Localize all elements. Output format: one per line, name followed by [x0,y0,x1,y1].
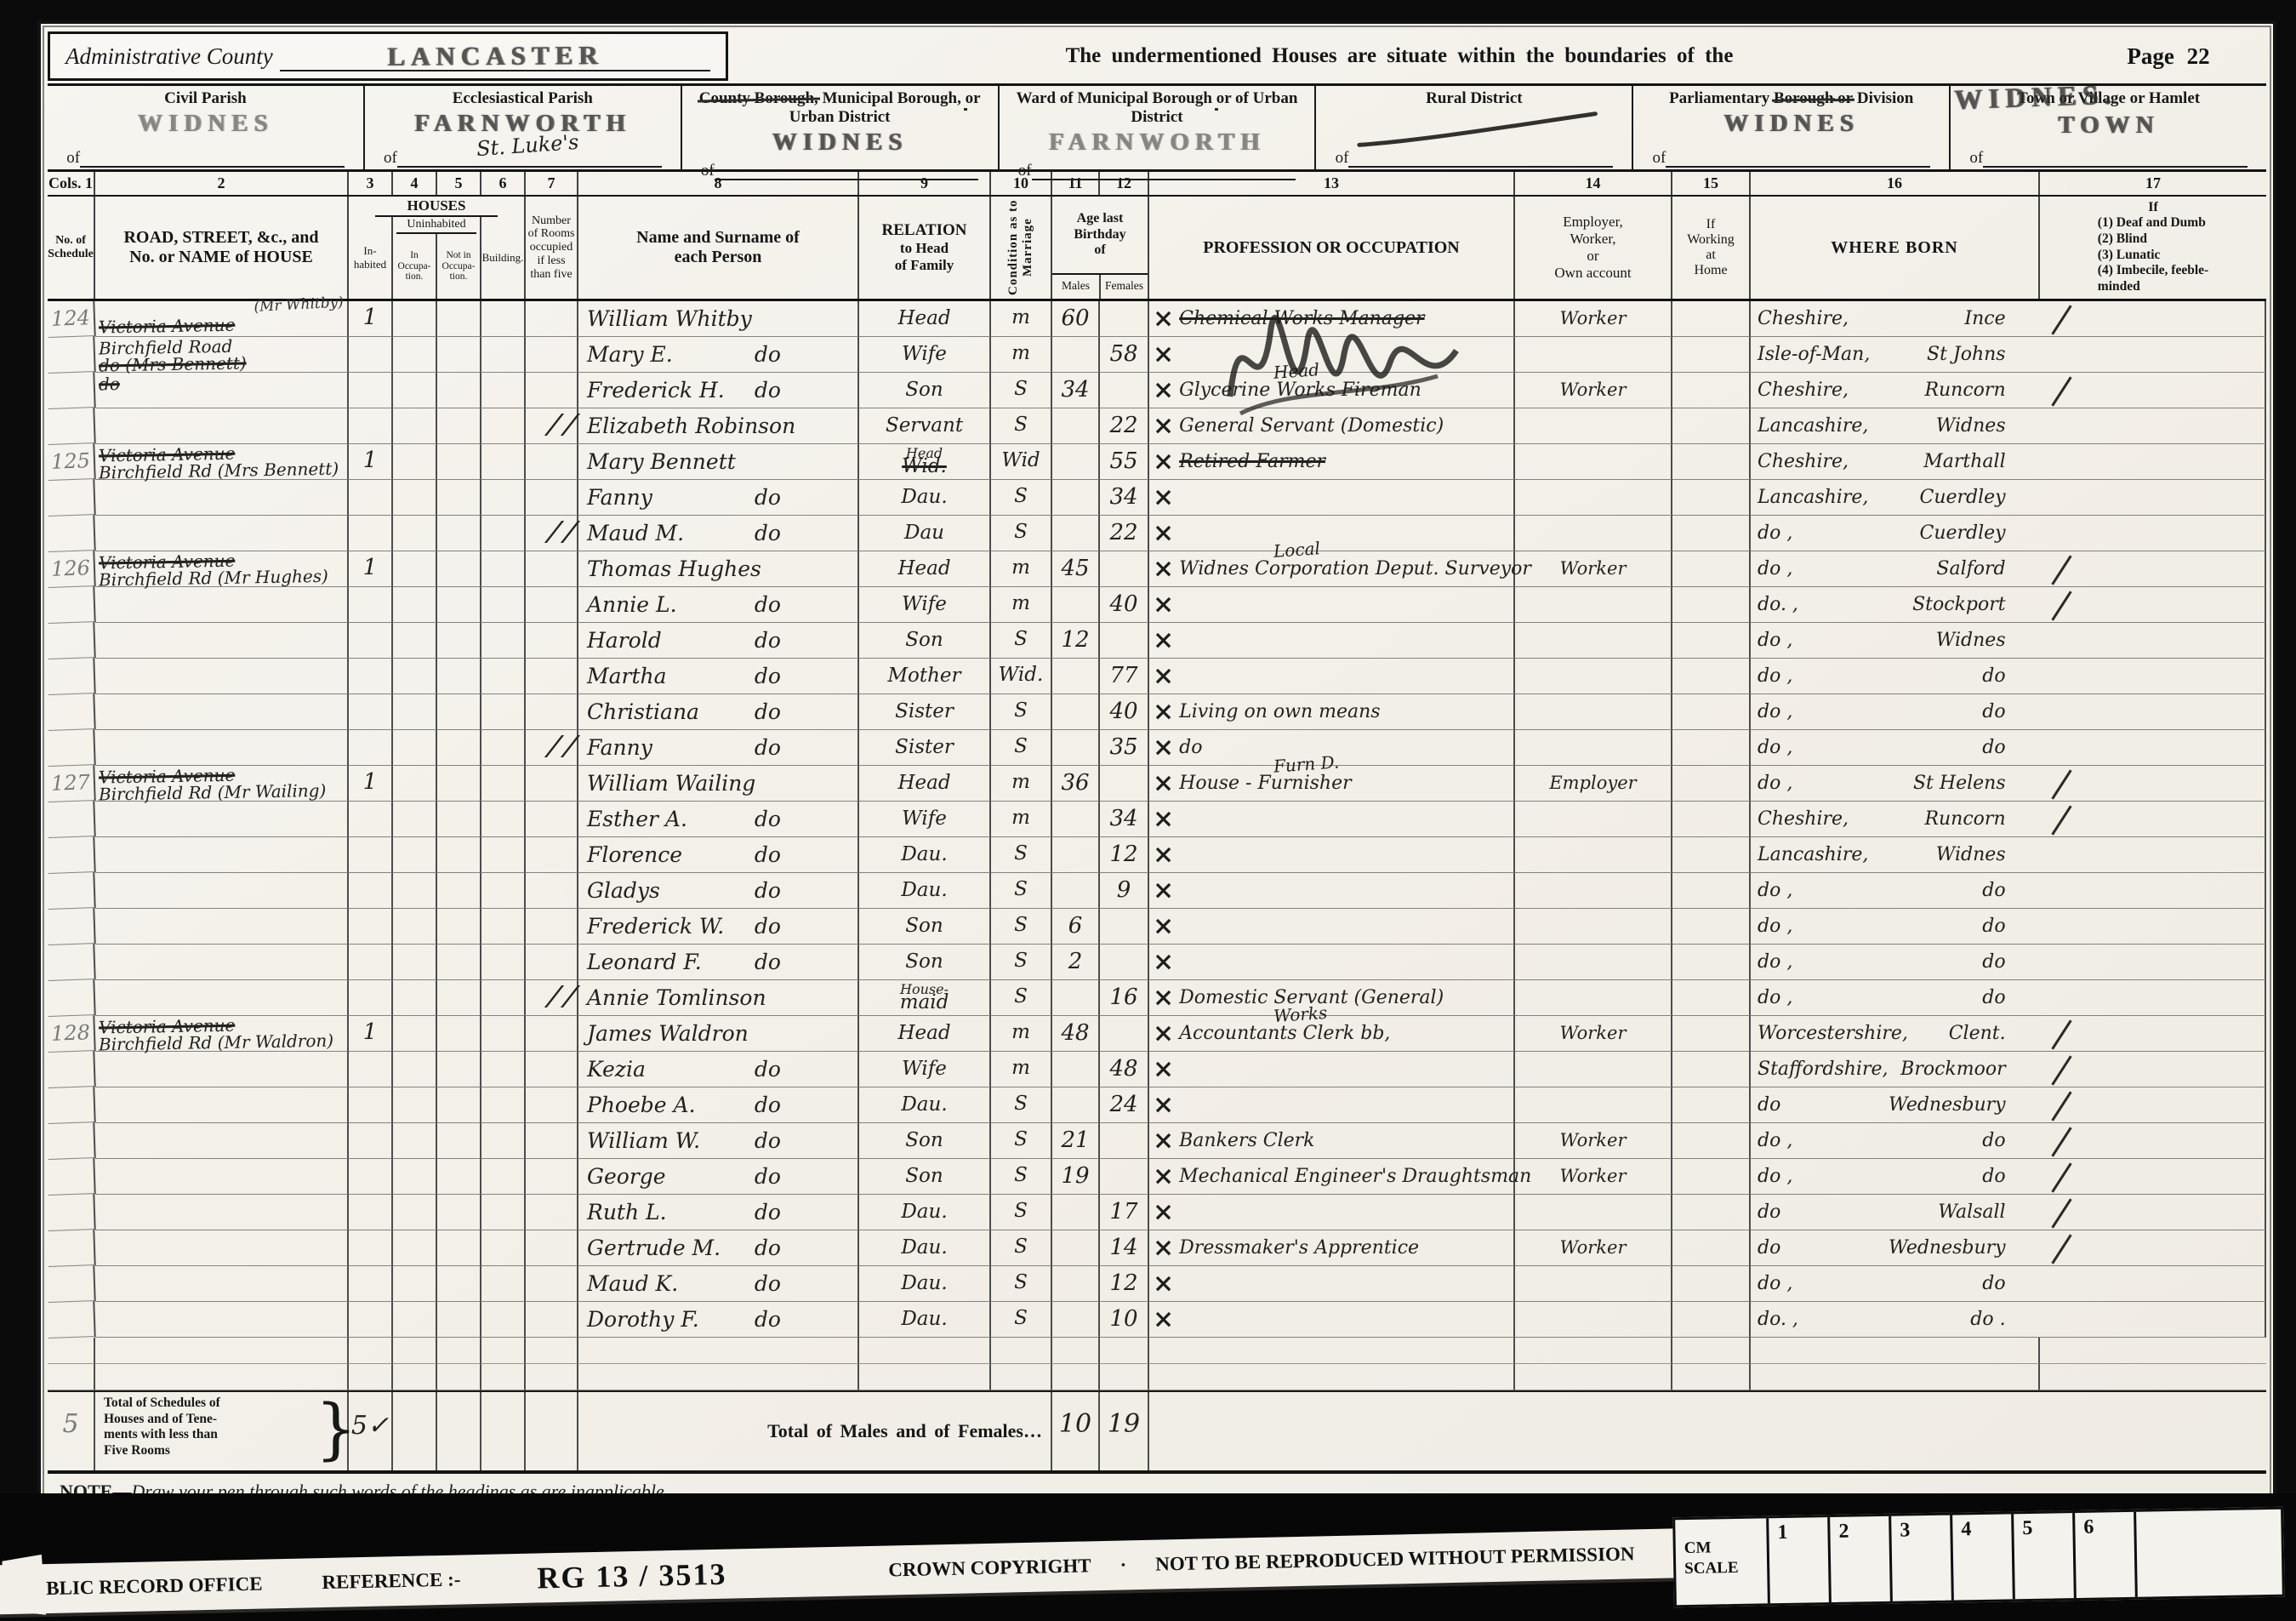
cell-age-male [1052,444,1100,480]
cell-infirmity [2040,1230,2266,1266]
totals-row: 5Total of Schedules ofHouses and of Tene… [48,1390,2266,1470]
permission-text: NOT TO BE REPRODUCED WITHOUT PERMISSION [1155,1543,1635,1575]
cell-relation: Dau. [859,1230,991,1266]
infirmity-slash-mark [2051,376,2071,406]
name-text: Fanny [587,735,652,760]
name-ditto: do [755,628,781,653]
born-county: do , [1758,1166,1792,1187]
cell-age-female [1100,766,1149,802]
header-infirmity: If(1) Deaf and Dumb(2) Blind(3) Lunatic(… [2040,197,2266,299]
cell-name: William W.do [578,1123,859,1159]
cell-working-at-home [1672,1016,1751,1052]
cell-road-street: Victoria AvenueBirchfield Rd (Mrs Bennet… [95,444,349,480]
column-number-1: Cols. 1 [48,172,95,195]
cell-road-street: Birchfield Roaddo (Mrs Bennett) [95,337,349,373]
cell-building [481,1052,526,1087]
cell-relation: House-maid [859,980,991,1016]
cell-condition: S [991,623,1052,659]
cell-uninhabited-not-in-occupation [437,980,481,1016]
born-county: do , [1758,701,1792,722]
cell-schedule-number [47,1158,95,1196]
cell-age-female: 77 [1100,659,1149,694]
infirmity-item: (2) Blind [2098,231,2208,248]
census-form-paper: Administrative County LANCASTER The unde… [37,20,2276,1503]
cell-uninhabited-in-occupation [393,980,437,1016]
name-text: Maud K. [587,1271,678,1296]
cell-age-male: 6 [1052,909,1100,945]
cell-age-male [1052,1302,1100,1338]
cell-condition: S [991,873,1052,909]
cell-age-female [1100,373,1149,408]
column-number-3: 3 [349,172,393,195]
cell-road-street: Victoria AvenueBirchfield Rd (Mr Wailing… [95,766,349,802]
cell-rooms [526,1159,578,1195]
cell-uninhabited-in-occupation [393,1123,437,1159]
cell-road-street: (Mr Whitby)Victoria Avenue [95,301,349,337]
cell-schedule-number [47,693,95,731]
copyright-separator: · [1120,1554,1126,1576]
relation-text: maid [900,994,949,1013]
cell-employer-worker [1515,623,1672,659]
born-place: Cuerdley [1920,487,2006,508]
cell-age-female: 40 [1100,694,1149,730]
cell-schedule-number [47,658,95,695]
cell-age-male [1052,1052,1100,1087]
cell-schedule-number [47,801,95,838]
cell-condition: S [991,730,1052,766]
cell-infirmity [2040,1195,2266,1230]
infirmity-item: (1) Deaf and Dumb [2098,215,2208,231]
check-x-mark: × [1153,733,1174,762]
district-boxes: Civil ParishWIDNESofEcclesiastical Paris… [48,83,2266,172]
district-box-ecclesiastical-parish: Ecclesiastical ParishFARNWORTHofSt. Luke… [365,86,682,169]
cell-schedule-number [47,515,95,552]
cell-where-born: do ,do [1751,659,2040,694]
cell-where-born: do ,do [1751,730,2040,766]
born-place: do . [1970,1309,2005,1330]
cell-working-at-home [1672,1052,1751,1087]
cell-uninhabited-in-occupation [393,1052,437,1087]
cell-employer-worker [1515,1052,1672,1087]
cell-uninhabited-not-in-occupation [437,659,481,694]
blank-cell [48,1338,95,1364]
cell-rooms [526,873,578,909]
name-ditto: do [755,1200,781,1224]
cell-building [481,1159,526,1195]
check-x-mark: × [1153,661,1174,691]
title-text: Ecclesiastical Parish [453,89,593,107]
cell-building [481,1195,526,1230]
cell-age-male: 19 [1052,1159,1100,1195]
cell-schedule-number [47,729,95,767]
cell-name: William Wailing [578,766,859,802]
infirmity-slash-mark [2051,1091,2071,1121]
struck-title-text: or [1833,89,1853,107]
cell-age-female: 22 [1100,408,1149,444]
born-county: Lancashire, [1758,415,1868,437]
cell-employer-worker: Worker [1515,1016,1672,1052]
occupation-text: Dressmaker's Apprentice [1179,1237,1419,1259]
infirmity-slash-mark [2051,1162,2071,1192]
cell-condition: S [991,1087,1052,1123]
cell-name: Mary E.do [578,337,859,373]
cell-schedule-number [47,336,95,374]
cell-condition: S [991,945,1052,980]
cell-road-street [95,1087,349,1123]
cell-working-at-home [1672,516,1751,551]
name-ditto: do [755,485,781,510]
cell-uninhabited-not-in-occupation [437,587,481,623]
cell-uninhabited-not-in-occupation [437,945,481,980]
name-text: Elizabeth Robinson [587,414,795,438]
check-x-mark: × [1153,447,1174,477]
check-x-mark: × [1153,1126,1174,1156]
cell-occupation: × [1149,623,1515,659]
cell-relation: Wife [859,337,991,373]
cell-rooms [526,480,578,516]
header-name: Name and Surname of each Person [578,197,859,299]
cell-building [481,337,526,373]
name-text: Harold [587,628,662,653]
cell-uninhabited-not-in-occupation [437,766,481,802]
cell-uninhabited-not-in-occupation [437,1016,481,1052]
cell-uninhabited-in-occupation [393,337,437,373]
crown-copyright: CROWN COPYRIGHT [888,1555,1091,1581]
cell-relation: Head [859,301,991,337]
cell-occupation: ×Living on own means [1149,694,1515,730]
column-number-4: 4 [393,172,437,195]
cell-relation: Mother [859,659,991,694]
district-title: County Borough, Municipal Borough, or Ur… [689,89,991,127]
cell-occupation: ×Dressmaker's Apprentice [1149,1230,1515,1266]
cell-relation: Dau. [859,1302,991,1338]
cell-infirmity [2040,1052,2266,1087]
relation-text: Dau. [901,488,947,507]
cell-inhabited [349,837,393,873]
cell-relation: Dau. [859,1087,991,1123]
cell-uninhabited-in-occupation [393,1230,437,1266]
cell-uninhabited-not-in-occupation [437,1123,481,1159]
blank-cell [1052,1338,1100,1364]
header-employer: Employer, Worker, or Own account [1515,197,1672,299]
cell-condition: m [991,802,1052,837]
cell-rooms [526,1087,578,1123]
name-text: Annie Tomlinson [587,985,766,1010]
cell-inhabited: 1 [349,551,393,587]
name-ditto: do [755,1307,781,1332]
cell-age-male [1052,480,1100,516]
cell-uninhabited-in-occupation [393,480,437,516]
cell-occupation: × [1149,802,1515,837]
cell-uninhabited-in-occupation [393,1016,437,1052]
scale-cell-6: 6 [2075,1512,2138,1598]
cell-building [481,802,526,837]
cell-building [481,301,526,337]
cell-uninhabited-not-in-occupation [437,1087,481,1123]
cell-occupation: × [1149,873,1515,909]
occupation-note: Head [1273,359,1320,383]
cell-employer-worker [1515,516,1672,551]
cell-rooms [526,945,578,980]
cell-relation: Head [859,1016,991,1052]
struck-title-text: County Borough, [699,89,818,107]
cell-infirmity [2040,408,2266,444]
blank-cell [578,1364,859,1390]
born-place: Stockport [1912,594,2006,615]
district-box-rural-district: Rural Districtof [1316,86,1633,169]
totals-empty [481,1392,526,1470]
cell-uninhabited-not-in-occupation [437,301,481,337]
totals-empty [526,1392,578,1470]
cell-age-male [1052,587,1100,623]
cell-building [481,766,526,802]
cell-age-male: 45 [1052,551,1100,587]
born-place: Salford [1936,558,2005,579]
cell-rooms [526,551,578,587]
cell-condition: S [991,1123,1052,1159]
cell-building [481,623,526,659]
cell-inhabited: 1 [349,1016,393,1052]
pen-stroke [1354,111,1600,147]
relation-text: Dau [904,524,944,543]
cell-condition: m [991,1016,1052,1052]
header-age: Age last Birthday of Males Females [1052,197,1149,299]
cell-employer-worker: Worker [1515,301,1672,337]
check-x-mark: × [1153,625,1174,655]
cell-age-female [1100,1159,1149,1195]
cell-infirmity [2040,444,2266,480]
cell-uninhabited-in-occupation [393,444,437,480]
cell-age-female: 9 [1100,873,1149,909]
cell-inhabited [349,1230,393,1266]
cell-infirmity [2040,1159,2266,1195]
blank-cell [481,1364,526,1390]
of-underline [1983,144,2248,168]
cell-occupation: × [1149,837,1515,873]
cell-name: Ruth L.do [578,1195,859,1230]
cell-employer-worker [1515,1266,1672,1302]
totals-empty [437,1392,481,1470]
cell-condition: S [991,980,1052,1016]
cell-uninhabited-not-in-occupation [437,1302,481,1338]
born-county: do , [1758,987,1792,1008]
road-line: Birchfield Rd (Mr Hughes) [99,567,344,588]
cell-name: Elizabeth Robinson [578,408,859,444]
blank-cell [349,1364,393,1390]
district-stamp-value-2: TOWN [2058,111,2159,140]
cell-rooms [526,444,578,480]
cell-employer-worker [1515,444,1672,480]
cell-where-born: do ,do [1751,1159,2040,1195]
cell-road-street [95,1302,349,1338]
scale-cell-4: 4 [1952,1514,2015,1600]
blank-cell [2040,1338,2266,1364]
cell-uninhabited-not-in-occupation [437,1195,481,1230]
cell-inhabited [349,659,393,694]
cell-uninhabited-not-in-occupation [437,1052,481,1087]
cell-uninhabited-in-occupation [393,1195,437,1230]
cell-relation: Sister [859,730,991,766]
column-number-8: 8 [578,172,859,195]
cell-infirmity [2040,1302,2266,1338]
cell-employer-worker [1515,694,1672,730]
cell-occupation: ×Domestic Servant (General) [1149,980,1515,1016]
header-uninhabited: Uninhabited In Occupa-tion. Not in Occup… [393,217,481,299]
blank-cell [481,1338,526,1364]
cell-name: Esther A.do [578,802,859,837]
name-ditto: do [755,378,781,402]
cell-infirmity [2040,623,2266,659]
check-x-mark: × [1153,876,1174,905]
cell-age-female: 17 [1100,1195,1149,1230]
cell-schedule-number [47,586,95,624]
cell-uninhabited-in-occupation [393,766,437,802]
name-text: Frederick W. [587,914,724,939]
cell-inhabited [349,516,393,551]
cell-uninhabited-in-occupation [393,1159,437,1195]
cell-occupation: × [1149,659,1515,694]
cell-condition: S [991,516,1052,551]
header-not-in-occupation: Not in Occupa-tion. [437,234,480,299]
cell-age-female: 12 [1100,837,1149,873]
cell-rooms [526,1195,578,1230]
cell-working-at-home [1672,337,1751,373]
infirmity-slash-mark [2051,805,2071,835]
cell-rooms [526,1016,578,1052]
cell-rooms [526,802,578,837]
cell-where-born: do ,St Helens [1751,766,2040,802]
born-place: Runcorn [1924,380,2005,401]
header-condition: Condition as to Marriage [991,197,1052,299]
name-ditto: do [755,1164,781,1189]
cell-building [481,873,526,909]
cell-employer-worker: Employer [1515,766,1672,802]
cm-scale-ruler: CMSCALE123456 [1672,1507,2285,1608]
cell-schedule-number [47,408,95,445]
cell-relation: Son [859,909,991,945]
cell-working-at-home [1672,909,1751,945]
cell-uninhabited-not-in-occupation [437,909,481,945]
cell-where-born: Lancashire,Cuerdley [1751,480,2040,516]
cell-where-born: do ,do [1751,945,2040,980]
relation-text: Son [905,1132,943,1150]
blank-cell [1672,1338,1751,1364]
cell-where-born: doWednesbury [1751,1230,2040,1266]
cell-where-born: do ,Cuerdley [1751,516,2040,551]
cell-schedule-number [47,1301,95,1338]
cell-infirmity [2040,802,2266,837]
cell-inhabited [349,623,393,659]
name-ditto: do [755,592,781,617]
blank-cell [1100,1364,1149,1390]
occupation-text: Living on own means [1179,701,1380,722]
relation-text: Head [897,310,950,328]
check-x-mark: × [1153,518,1174,548]
cell-age-female: 35 [1100,730,1149,766]
cell-age-male [1052,802,1100,837]
cell-occupation: ×Mechanical Engineer's Draughtsman [1149,1159,1515,1195]
cell-uninhabited-not-in-occupation [437,551,481,587]
cell-infirmity [2040,980,2266,1016]
cell-working-at-home [1672,873,1751,909]
cell-uninhabited-in-occupation [393,301,437,337]
cell-relation: Head [859,766,991,802]
born-county: do , [1758,665,1792,687]
cell-where-born: do. ,do . [1751,1302,2040,1338]
cell-name: Gladysdo [578,873,859,909]
totals-label-line: Houses and of Tene- [104,1412,345,1428]
cell-age-male [1052,337,1100,373]
name-ditto: do [755,914,781,939]
cell-name: Dorothy F.do [578,1302,859,1338]
cell-building [481,444,526,480]
cell-infirmity [2040,766,2266,802]
district-title: Parliamentary Borough or Division [1669,89,1913,108]
cell-occupation: ×WorksAccountants Clerk bb, [1149,1016,1515,1052]
cell-name: Thomas Hughes [578,551,859,587]
cell-where-born: do ,do [1751,873,2040,909]
cell-uninhabited-not-in-occupation [437,837,481,873]
cell-schedule-number: 124 [47,300,95,338]
header-road: ROAD, STREET, &c., and No. or NAME of HO… [95,197,349,299]
cell-schedule-number [47,1194,95,1231]
name-text: Kezia [587,1057,646,1082]
name-ditto: do [755,1057,781,1082]
cell-working-at-home [1672,694,1751,730]
page-number: Page 22 [2071,43,2266,70]
cell-relation: Wife [859,587,991,623]
blank-cell [437,1364,481,1390]
cell-where-born: Cheshire,Runcorn [1751,373,2040,408]
road-line: do (Mrs Bennett) [99,352,344,374]
cell-where-born: do ,do [1751,1123,2040,1159]
blank-cell [95,1364,349,1390]
born-place: Widnes [1936,415,2006,437]
cell-road-street [95,945,349,980]
cell-infirmity [2040,373,2266,408]
blank-cell [1672,1364,1751,1390]
cell-schedule-number [47,1087,95,1124]
cell-employer-worker [1515,945,1672,980]
cell-inhabited [349,945,393,980]
name-text: Dorothy F. [587,1307,699,1332]
relation-text: Dau. [901,1203,947,1222]
name-text: William W. [587,1128,700,1153]
cell-age-male [1052,1087,1100,1123]
cell-inhabited [349,730,393,766]
totals-males-females-label: Total of Males and of Females… [578,1392,1052,1470]
relation-text: Head [897,1025,950,1043]
cell-condition: S [991,1302,1052,1338]
cell-road-street [95,1123,349,1159]
cell-infirmity [2040,480,2266,516]
cell-uninhabited-not-in-occupation [437,623,481,659]
road-line: Birchfield Rd (Mr Waldron) [99,1031,344,1053]
name-text: Leonard F. [587,950,702,974]
name-text: Annie L. [587,592,677,617]
district-box-ward: Ward of Municipal Borough or of Urban Di… [1000,86,1317,169]
cell-inhabited: 1 [349,301,393,337]
cell-occupation: ×Furn D.House - Furnisher [1149,766,1515,802]
born-county: do. , [1758,594,1798,615]
cell-age-female: 48 [1100,1052,1149,1087]
cell-employer-worker [1515,873,1672,909]
name-text: Florence [587,842,682,867]
totals-margin-number: 5 [48,1392,95,1470]
name-ditto: do [755,664,781,688]
cell-uninhabited-not-in-occupation [437,1266,481,1302]
administrative-county-box: Administrative County LANCASTER [48,31,728,81]
